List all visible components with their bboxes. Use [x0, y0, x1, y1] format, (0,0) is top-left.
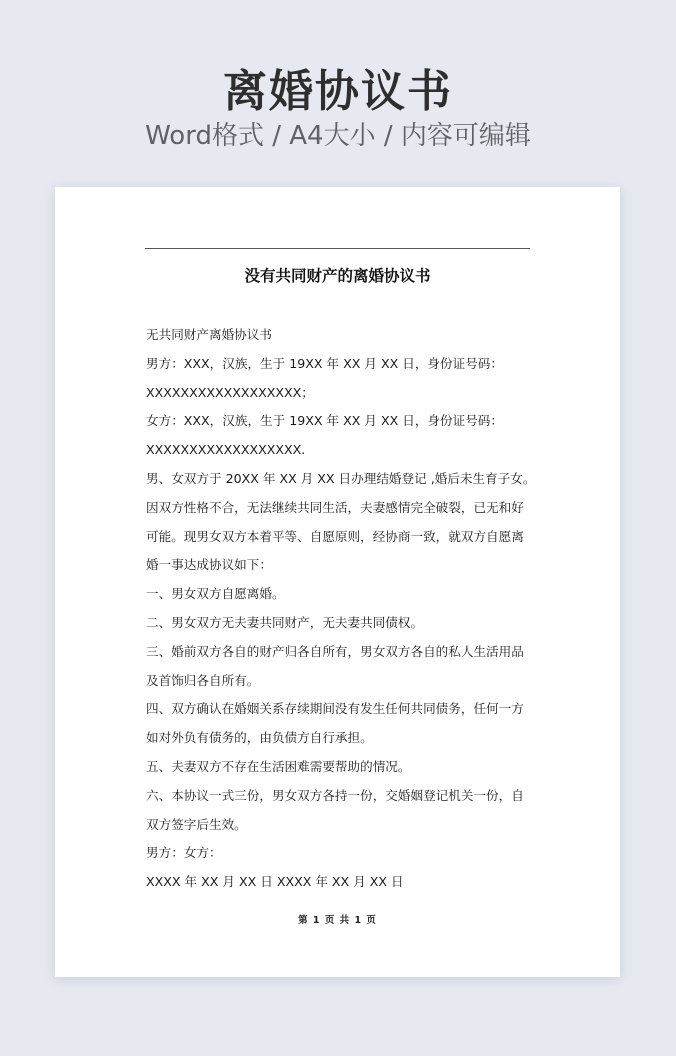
body-line: 婚一事达成协议如下： — [146, 551, 532, 580]
body-line: 男、女双方于 20XX 年 XX 月 XX 日办理结婚登记 ,婚后未生育子女。 — [146, 465, 532, 494]
body-line: 无共同财产离婚协议书 — [146, 321, 532, 350]
page-number: 第 1 页 共 1 页 — [55, 912, 620, 926]
clause-line: 五、夫妻双方不存在生活困难需要帮助的情况。 — [146, 753, 532, 782]
body-line: 可能。现男女双方本着平等、自愿原则，经协商一致，就双方自愿离 — [146, 523, 532, 552]
body-line: 男方：XXX，汉族，生于 19XX 年 XX 月 XX 日，身份证号码： — [146, 350, 532, 379]
clause-line: 二、男女双方无夫妻共同财产，无夫妻共同债权。 — [146, 609, 532, 638]
clause-line: 一、男女双方自愿离婚。 — [146, 580, 532, 609]
signature-line: 男方：女方： — [146, 839, 532, 868]
document-title: 没有共同财产的离婚协议书 — [55, 264, 620, 288]
clause-line: 六、本协议一式三份，男女双方各持一份，交婚姻登记机关一份，自 — [146, 782, 532, 811]
document-page: 没有共同财产的离婚协议书 无共同财产离婚协议书 男方：XXX，汉族，生于 19X… — [55, 187, 620, 977]
clause-line: 三、婚前双方各自的财产归各自所有，男女双方各自的私人生活用品 — [146, 638, 532, 667]
banner-subtitle: Word格式 / A4大小 / 内容可编辑 — [0, 118, 676, 154]
header-rule — [145, 248, 530, 249]
clause-line: 双方签字后生效。 — [146, 811, 532, 840]
clause-line: 四、双方确认在婚姻关系存续期间没有发生任何共同债务，任何一方 — [146, 695, 532, 724]
body-line: 因双方性格不合，无法继续共同生活，夫妻感情完全破裂，已无和好 — [146, 494, 532, 523]
date-line: XXXX 年 XX 月 XX 日 XXXX 年 XX 月 XX 日 — [146, 868, 532, 897]
body-line: XXXXXXXXXXXXXXXXXX. — [146, 436, 532, 465]
body-line: XXXXXXXXXXXXXXXXXX； — [146, 379, 532, 408]
banner-title: 离婚协议书 — [0, 62, 676, 122]
clause-line: 及首饰归各自所有。 — [146, 667, 532, 696]
clause-line: 如对外负有债务的，由负债方自行承担。 — [146, 724, 532, 753]
document-body: 无共同财产离婚协议书 男方：XXX，汉族，生于 19XX 年 XX 月 XX 日… — [146, 321, 532, 897]
body-line: 女方：XXX，汉族，生于 19XX 年 XX 月 XX 日，身份证号码： — [146, 407, 532, 436]
